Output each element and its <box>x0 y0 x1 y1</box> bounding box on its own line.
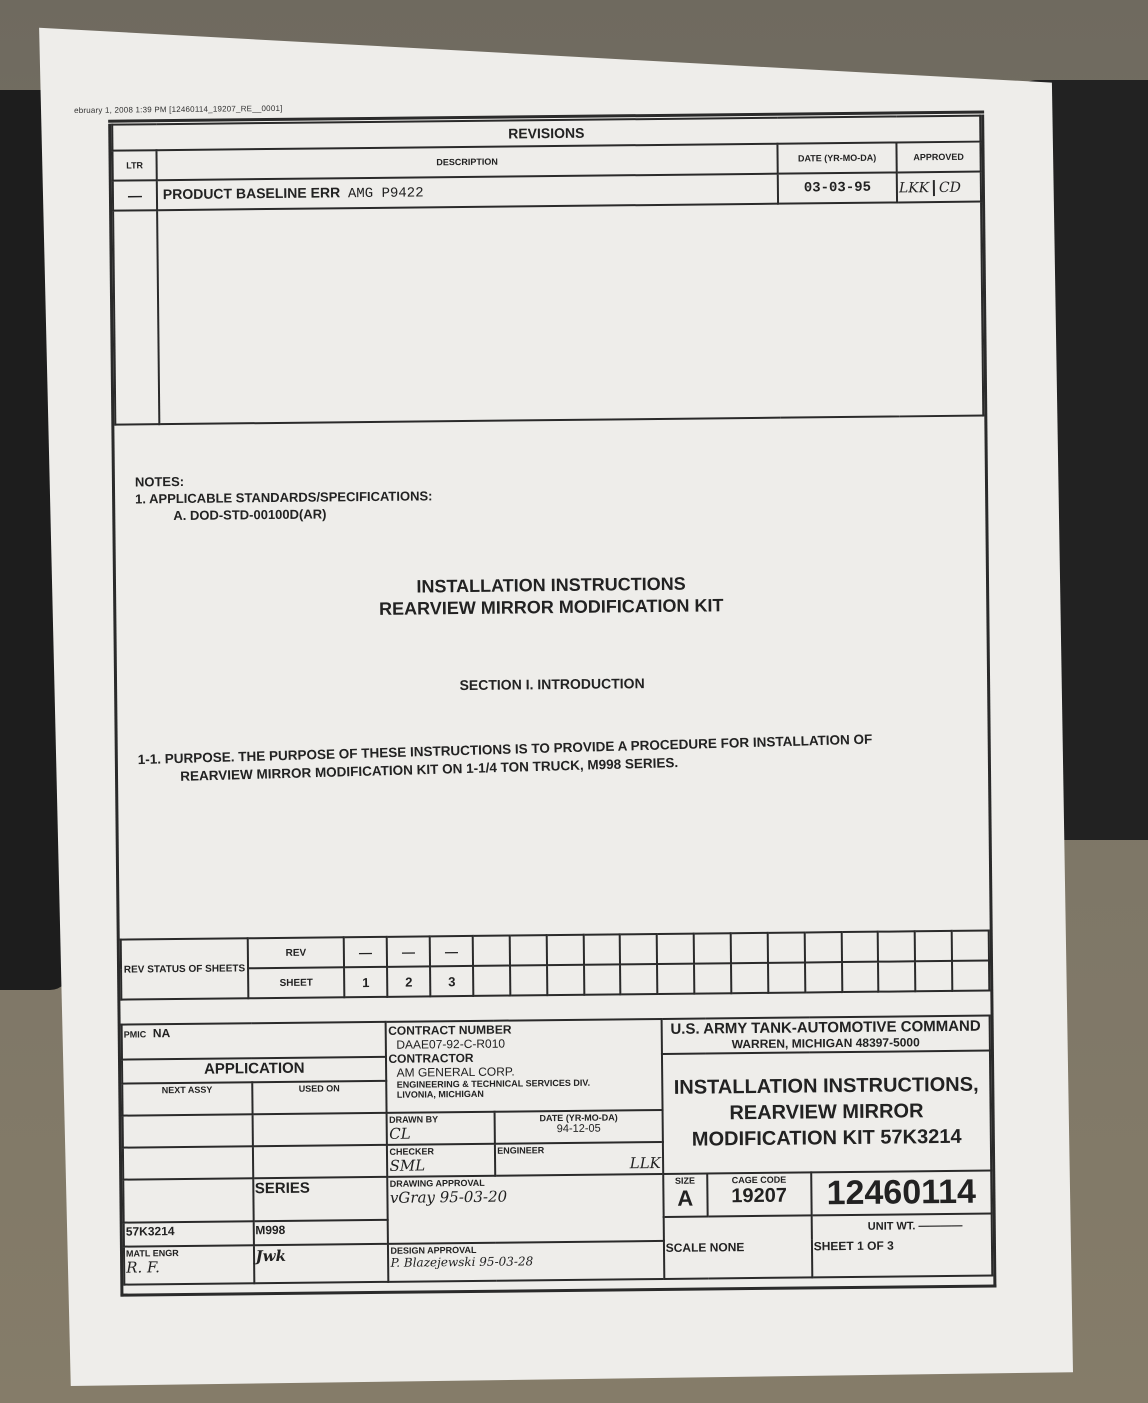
drawn-by-cell: DRAWN BYCL <box>387 1112 495 1145</box>
col-ltr: LTR <box>112 150 156 180</box>
matl-engr-signature-2: Jwk <box>253 1244 388 1283</box>
print-stamp: ebruary 1, 2008 1:39 PM [12460114_19207_… <box>74 104 283 115</box>
sheet-cell-1: 1 <box>344 967 387 997</box>
used-on-value: M998 <box>253 1220 388 1245</box>
application-label: APPLICATION <box>122 1057 387 1084</box>
series-label: SERIES <box>253 1177 388 1221</box>
note-1: 1. APPLICABLE STANDARDS/SPECIFICATIONS: <box>135 487 433 507</box>
col-approved: APPROVED <box>896 142 980 173</box>
design-approval-signature: P. Blazejewski 95-03-28 <box>391 1253 662 1270</box>
rev-status-label: REV STATUS OF SHEETS <box>121 938 249 999</box>
rev-empty-area <box>157 202 983 425</box>
rev-status-table: REV STATUS OF SHEETS REV — — — SHEET 1 2… <box>120 930 991 1001</box>
note-1a: A. DOD-STD-00100D(AR) <box>135 504 433 524</box>
rev-empty-ltr <box>113 210 159 424</box>
next-assy-value: 57K3214 <box>124 1221 254 1246</box>
next-assy-label: NEXT ASSY <box>122 1082 252 1115</box>
rev-date: 03-03-95 <box>778 172 897 203</box>
paper-sheet: ebruary 1, 2008 1:39 PM [12460114_19207_… <box>18 14 1073 1386</box>
drawing-number: 12460114 <box>811 1171 992 1216</box>
scale-cell: SCALE NONE <box>663 1215 812 1279</box>
purpose-paragraph: 1-1. PURPOSE. THE PURPOSE OF THESE INSTR… <box>138 727 1019 788</box>
sheet-label: SHEET <box>248 967 345 998</box>
unit-weight: UNIT WT. ———— <box>868 1220 963 1233</box>
revisions-table: REVISIONS LTR DESCRIPTION DATE (YR-MO-DA… <box>111 115 984 426</box>
approved-initials-2: CD <box>933 179 961 195</box>
document-title: INSTALLATION INSTRUCTIONS REARVIEW MIRRO… <box>116 570 986 623</box>
used-on-label: USED ON <box>252 1081 387 1114</box>
title-block-table: PMIC NA CONTRACT NUMBER DAAE07-92-C-R010… <box>121 1015 994 1286</box>
drawing-title-cell: INSTALLATION INSTRUCTIONS, REARVIEW MIRR… <box>662 1051 992 1174</box>
matl-engr-signature: R. F. <box>126 1257 252 1276</box>
matl-engr-cell: MATL ENGRR. F. <box>124 1245 254 1284</box>
rev-description-code: AMG P9422 <box>348 185 424 202</box>
drawing-approval-cell: DRAWING APPROVALvGray 95-03-20 <box>388 1174 664 1244</box>
checker-cell: CHECKERSML <box>387 1144 495 1177</box>
contract-cell: CONTRACT NUMBER DAAE07-92-C-R010 CONTRAC… <box>386 1019 662 1113</box>
rev-cell-1: — <box>344 937 387 967</box>
rev-cell-3: — <box>430 936 473 966</box>
agency-cell: U.S. ARMY TANK-AUTOMOTIVE COMMAND WARREN… <box>661 1016 990 1054</box>
col-date: DATE (YR-MO-DA) <box>777 142 896 173</box>
size-cell: SIZEA <box>663 1173 707 1216</box>
sheet-cell-2: 2 <box>387 966 430 996</box>
drawn-by-signature: CL <box>389 1124 493 1143</box>
rev-description-text: PRODUCT BASELINE ERR <box>163 184 341 202</box>
rev-cell-2: — <box>387 936 430 966</box>
section-heading: SECTION I. INTRODUCTION <box>117 672 987 697</box>
design-approval-cell: DESIGN APPROVALP. Blazejewski 95-03-28 <box>388 1241 664 1282</box>
engineer-cell: ENGINEERLLK <box>495 1142 663 1176</box>
checker-signature: SML <box>389 1156 493 1175</box>
date-cell: DATE (YR-MO-DA)94-12-05 <box>495 1110 663 1144</box>
sheet-cell-3: 3 <box>430 966 473 996</box>
pmic-cell: PMIC NA <box>122 1022 387 1060</box>
drawing-frame: REVISIONS LTR DESCRIPTION DATE (YR-MO-DA… <box>108 115 996 1297</box>
drawing-approval-signature: vGray 95-03-20 <box>390 1186 661 1207</box>
notes-section: NOTES: 1. APPLICABLE STANDARDS/SPECIFICA… <box>135 470 433 524</box>
approved-initials-1: LKK <box>899 180 929 196</box>
rev-ltr: — <box>113 180 157 210</box>
drawing-sheet: ebruary 1, 2008 1:39 PM [12460114_19207_… <box>80 96 1033 1306</box>
engineer-signature: LLK <box>497 1154 661 1174</box>
cage-code-cell: CAGE CODE19207 <box>707 1172 811 1216</box>
rev-approved: LKK CD <box>897 172 981 203</box>
rev-label: REV <box>248 937 345 968</box>
